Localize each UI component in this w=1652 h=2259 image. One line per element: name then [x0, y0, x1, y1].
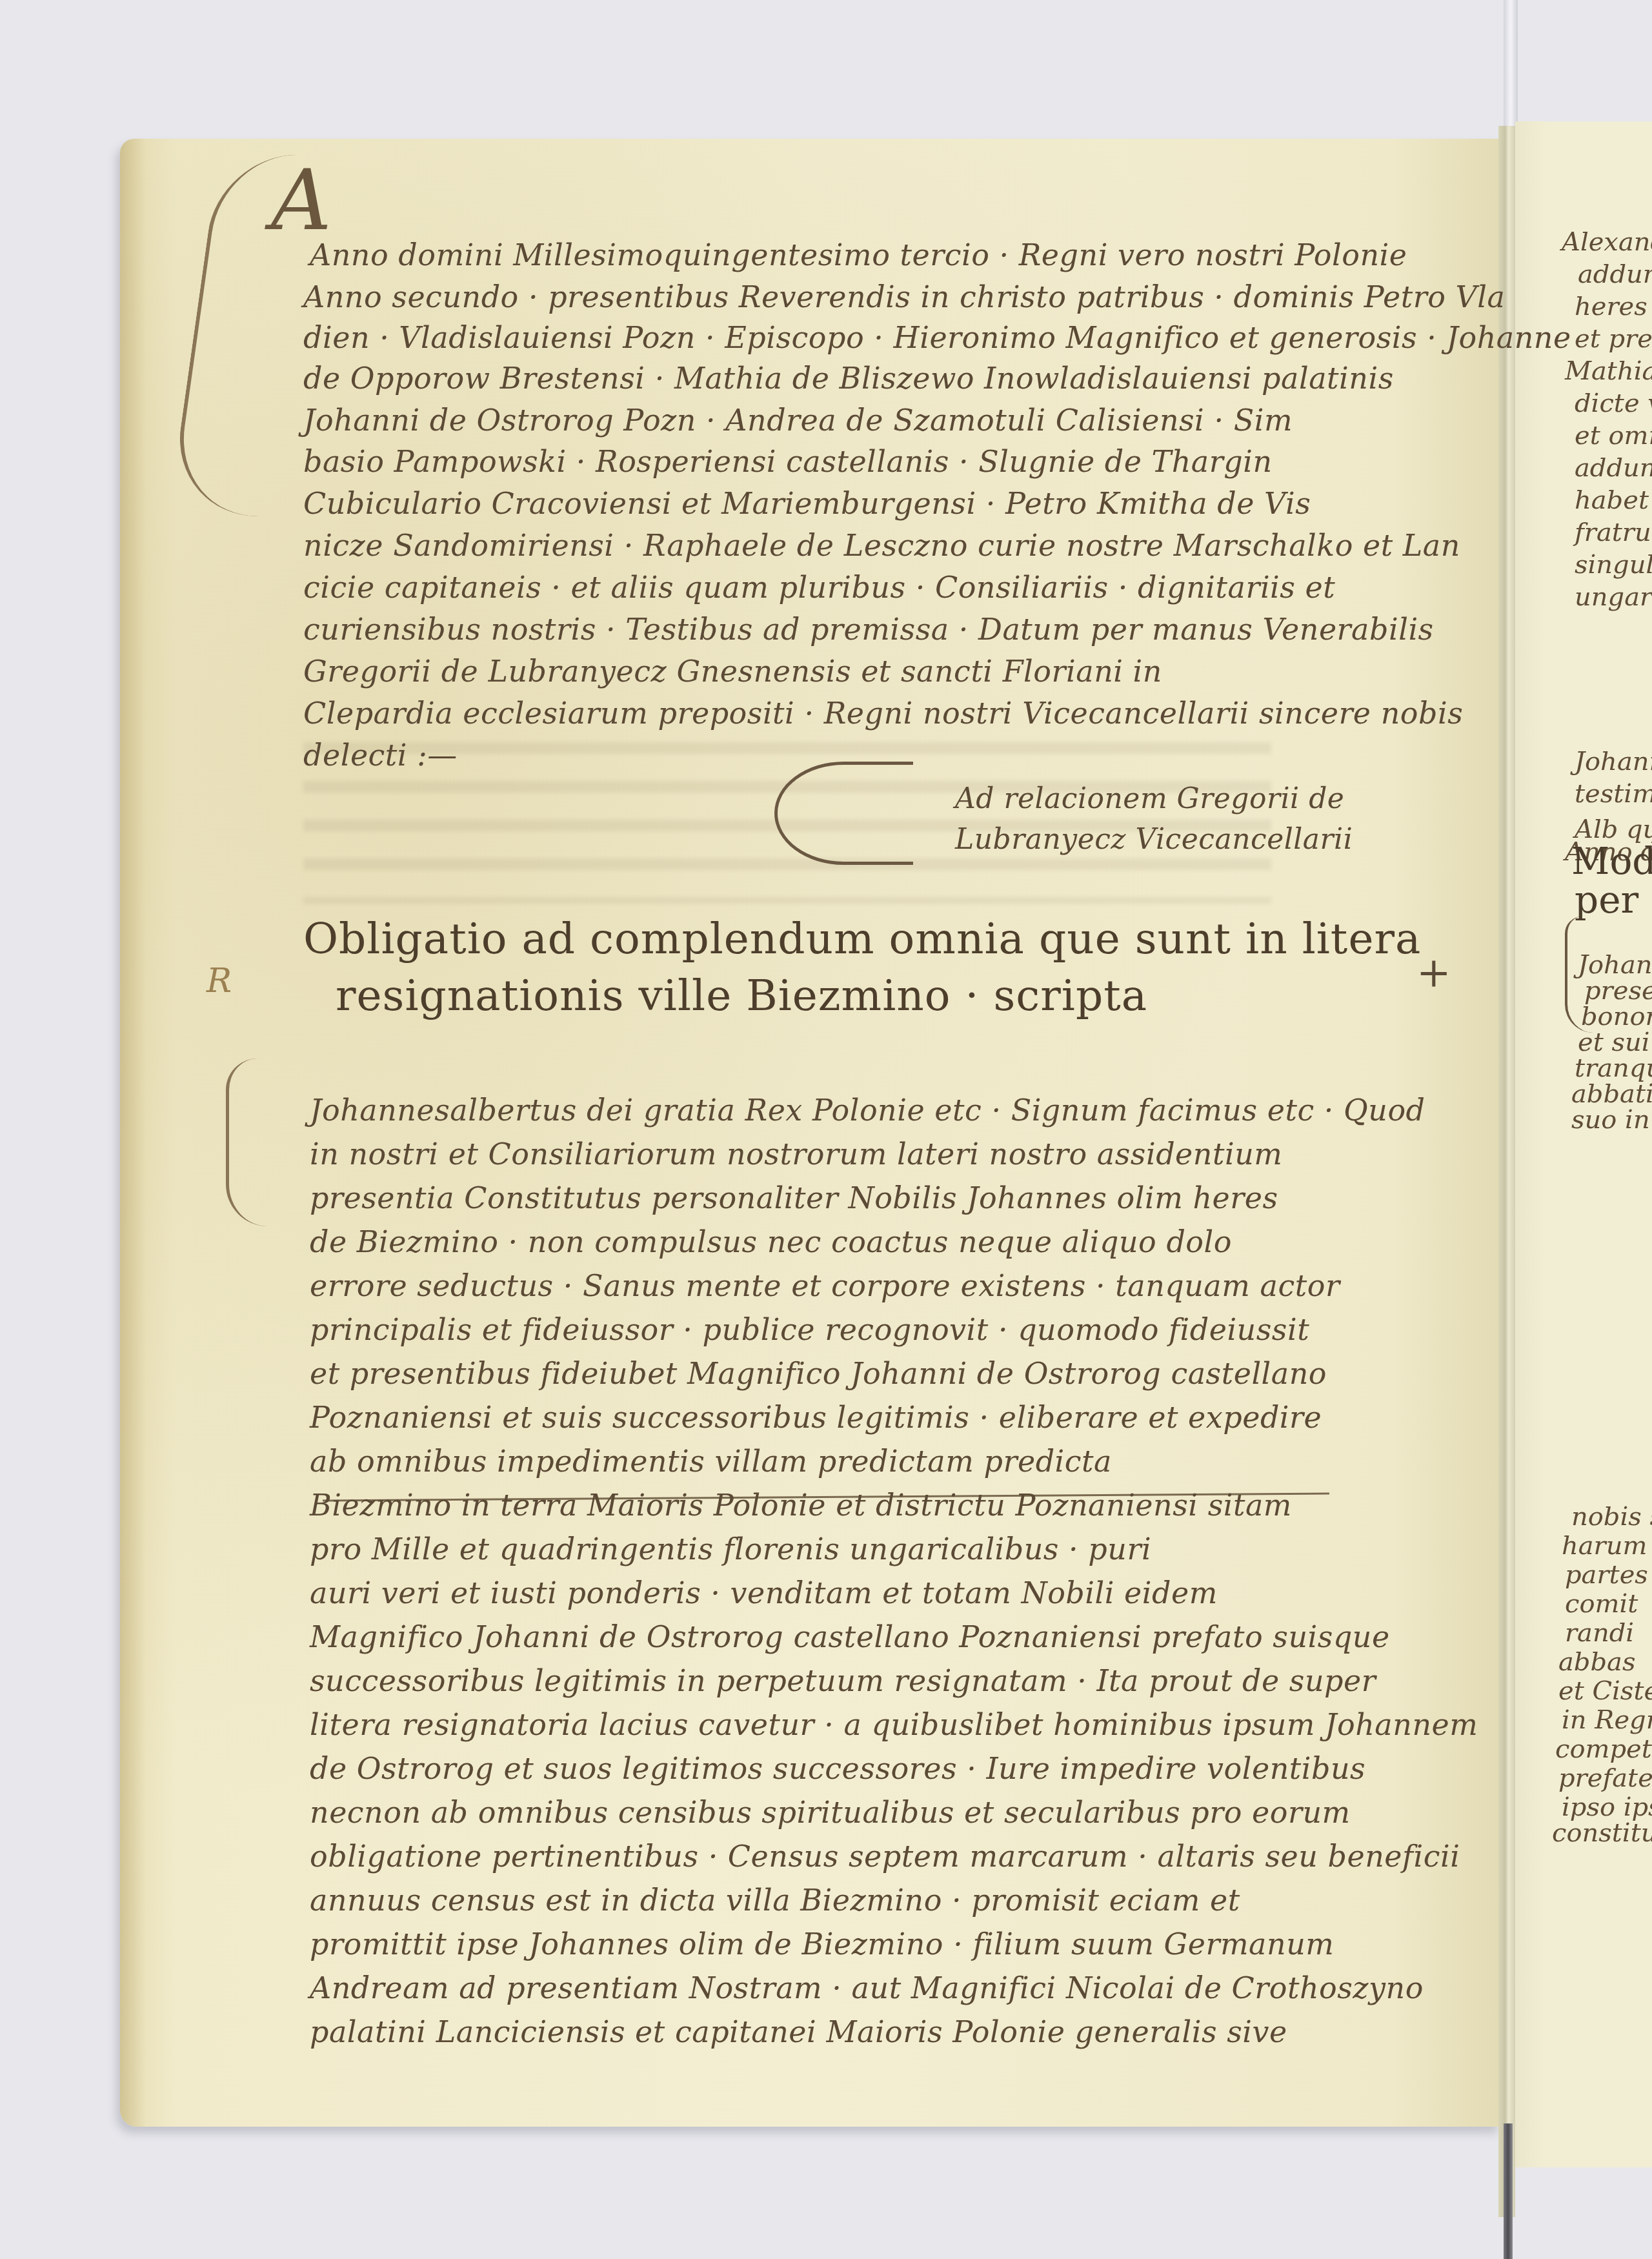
- subscription-flourish-icon: [774, 762, 913, 865]
- entry-line: basio Pampowski · Rosperiensi castellani…: [303, 447, 1273, 476]
- right-line: competitan: [1555, 1736, 1652, 1762]
- right-line: fratrum: [1575, 520, 1652, 545]
- right-line: et pres: [1575, 326, 1652, 352]
- body-line: principalis et fideiussor · publice reco…: [310, 1315, 1309, 1344]
- right-line: constituti: [1552, 1820, 1652, 1846]
- body-line: errore seductus · Sanus mente et corpore…: [310, 1271, 1340, 1301]
- body-line: in nostri et Consiliariorum nostrorum la…: [310, 1139, 1282, 1169]
- right-heading-line: Moder: [1571, 842, 1652, 880]
- heading-line: Obligatio ad complendum omnia que sunt i…: [303, 918, 1421, 960]
- body-line: Poznaniensi et suis successoribus legiti…: [310, 1403, 1322, 1432]
- body-line: presentia Constitutus personaliter Nobil…: [310, 1183, 1278, 1213]
- entry-line: cicie capitaneis · et aliis quam pluribu…: [303, 572, 1335, 602]
- right-line: et Cister: [1558, 1678, 1652, 1704]
- entry-line: nicze Sandomiriensi · Raphaele de Lesczn…: [303, 531, 1460, 560]
- entry-line: curiensibus nostris · Testibus ad premis…: [303, 614, 1434, 644]
- right-line: abbas: [1558, 1649, 1635, 1675]
- right-line: addunc: [1578, 261, 1652, 287]
- body-line: Magnifico Johanni de Ostrorog castellano…: [310, 1622, 1390, 1652]
- body-line: de Biezmino · non compulsus nec coactus …: [310, 1227, 1232, 1257]
- right-line: ungari: [1575, 584, 1652, 610]
- cross-mark-icon: +: [1416, 949, 1451, 997]
- margin-note: R: [206, 962, 232, 1000]
- body-line: pro Mille et quadringentis florenis unga…: [310, 1534, 1151, 1564]
- right-line: habet: [1575, 487, 1649, 513]
- binding-gutter: [1498, 126, 1515, 2217]
- body-line: necnon ab omnibus censibus spiritualibus…: [310, 1798, 1351, 1827]
- binding-clasp: [1504, 0, 1518, 139]
- right-line: singula: [1575, 552, 1652, 578]
- entry-line: Cubiculario Cracoviensi et Mariemburgens…: [303, 489, 1311, 518]
- body-line: obligatione pertinentibus · Census septe…: [310, 1841, 1460, 1871]
- initial-j-flourish-icon: [226, 1059, 268, 1226]
- right-line: randi: [1565, 1620, 1634, 1646]
- right-line: presentium: [1584, 978, 1652, 1004]
- body-line: et presentibus fideiubet Magnifico Johan…: [310, 1359, 1327, 1388]
- body-line: Biezmino in terra Maioris Polonie et dis…: [310, 1490, 1292, 1520]
- body-line: palatini Lanciciensis et capitanei Maior…: [310, 2017, 1287, 2047]
- entry-line: Johanni de Ostrorog Pozn · Andrea de Sza…: [303, 405, 1293, 435]
- right-line: partes: [1565, 1562, 1648, 1588]
- right-line: dicte villa: [1575, 390, 1652, 416]
- entry-line: Anno secundo · presentibus Reverendis in…: [303, 282, 1505, 312]
- right-line: Alexandro: [1562, 229, 1652, 255]
- entry-line: delecti :—: [303, 740, 458, 770]
- right-line: testimoni: [1575, 781, 1652, 807]
- right-line: ipso ipsi: [1562, 1794, 1652, 1820]
- right-line: bonorum: [1581, 1004, 1652, 1029]
- entry-line: Clepardia ecclesiarum prepositi · Regni …: [303, 698, 1463, 728]
- body-line: de Ostrorog et suos legitimos successore…: [310, 1754, 1365, 1783]
- right-line: Johannes: [1578, 952, 1652, 978]
- body-line: annuus census est in dicta villa Biezmin…: [310, 1885, 1240, 1915]
- right-line: nobis sen: [1571, 1504, 1652, 1530]
- right-line: abbatis: [1571, 1081, 1652, 1107]
- subscription-line: Lubranyecz Vicecancellarii: [955, 825, 1353, 855]
- right-line: in Regn: [1562, 1707, 1652, 1733]
- spine-edge: [1504, 2123, 1513, 2259]
- body-line: promittit ipse Johannes olim de Biezmino…: [310, 1929, 1334, 1959]
- entry-line: Anno domini Millesimoquingentesimo terci…: [310, 240, 1407, 270]
- body-line: litera resignatoria lacius cavetur · a q…: [310, 1710, 1478, 1739]
- right-line: heres s: [1575, 294, 1652, 319]
- initial-a: A: [271, 158, 332, 242]
- entry-line: de Opporow Brestensi · Mathia de Bliszew…: [303, 363, 1394, 393]
- body-line: successoribus legitimis in perpetuum res…: [310, 1666, 1376, 1696]
- right-heading-line: per R: [1575, 881, 1652, 918]
- body-line: ab omnibus impedimentis villam predictam…: [310, 1446, 1112, 1476]
- right-line: addunc: [1575, 455, 1652, 481]
- heading-line: resignationis ville Biezmino · scripta: [336, 975, 1147, 1017]
- right-line: et sui: [1578, 1029, 1650, 1055]
- entry-line: Gregorii de Lubranyecz Gnesnensis et san…: [303, 656, 1162, 686]
- right-line: tranquill: [1575, 1055, 1652, 1081]
- entry-line: dien · Vladislauiensi Pozn · Episcopo · …: [303, 323, 1571, 352]
- body-line: Johannesalbertus dei gratia Rex Polonie …: [310, 1095, 1425, 1125]
- right-line: et omni: [1575, 423, 1652, 449]
- right-line: Mathias: [1565, 358, 1652, 384]
- body-line: Andream ad presentiam Nostram · aut Magn…: [310, 1973, 1424, 2003]
- subscription-line: Ad relacionem Gregorii de: [955, 784, 1344, 814]
- right-line: comit: [1565, 1591, 1638, 1617]
- right-line: Johannes: [1575, 749, 1652, 775]
- right-line: harum: [1562, 1533, 1647, 1559]
- body-line: auri veri et iusti ponderis · venditam e…: [310, 1578, 1218, 1608]
- right-line: prefate: [1558, 1765, 1652, 1791]
- right-line: suo in: [1571, 1107, 1650, 1133]
